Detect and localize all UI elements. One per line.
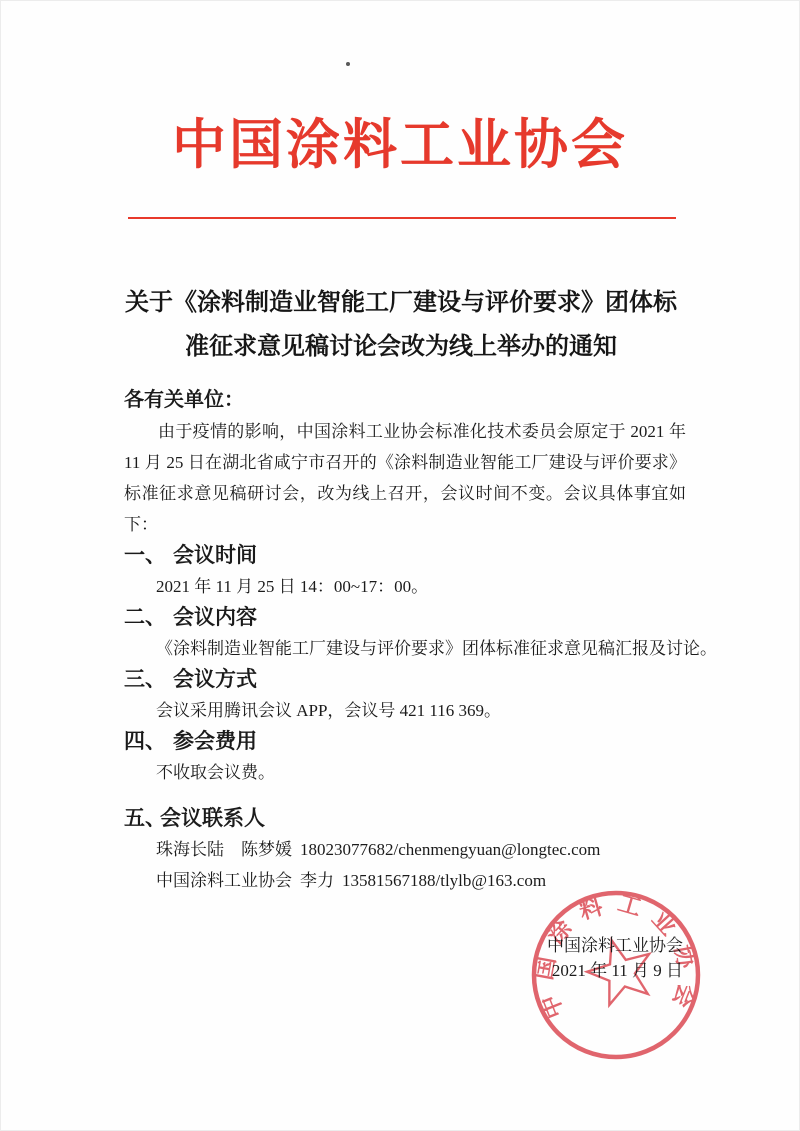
signature-date: 2021 年 11 月 9 日 <box>547 958 683 983</box>
title-line: 准征求意见稿讨论会改为线上举办的通知 <box>101 325 701 369</box>
contact-row: 珠海长陆陈梦媛18023077682/chenmengyuan@longtec.… <box>124 834 686 865</box>
document-page: 中国涂料工业协会 关于《涂料制造业智能工厂建设与评价要求》团体标 准征求意见稿讨… <box>0 0 800 1131</box>
contact-org: 中国涂料工业协会 <box>156 871 292 890</box>
salutation: 各有关单位： <box>124 385 686 416</box>
section-meeting-agenda: 二、会议内容 《涂料制造业智能工厂建设与评价要求》团体标准征求意见稿汇报及讨论。 <box>124 602 686 664</box>
section-content: 《涂料制造业智能工厂建设与评价要求》团体标准征求意见稿汇报及讨论。 <box>124 633 686 664</box>
letterhead-org-name: 中国涂料工业协会 <box>1 101 799 189</box>
contact-name: 陈梦媛 <box>241 840 292 859</box>
section-heading: 会议方式 <box>173 667 257 691</box>
section-content: 2021 年 11 月 25 日 14：00~17：00。 <box>124 571 686 602</box>
section-meeting-fee: 四、参会费用 不收取会议费。 <box>124 726 686 788</box>
signature-block: 中国涂料工业协会 2021 年 11 月 9 日 <box>547 933 683 983</box>
section-number: 二、 <box>124 602 173 633</box>
document-title: 关于《涂料制造业智能工厂建设与评价要求》团体标 准征求意见稿讨论会改为线上举办的… <box>101 281 701 369</box>
section-heading: 会议内容 <box>173 605 257 629</box>
section-heading: 会议时间 <box>173 543 257 567</box>
contact-org: 珠海长陆 <box>156 840 224 859</box>
section-meeting-method: 三、会议方式 会议采用腾讯会议 APP，会议号 421 116 369。 <box>124 664 686 726</box>
section-meeting-time: 一、会议时间 2021 年 11 月 25 日 14：00~17：00。 <box>124 540 686 602</box>
letterhead-divider <box>128 217 676 219</box>
contact-name: 李力 <box>300 871 334 890</box>
document-body: 各有关单位： 由于疫情的影响，中国涂料工业协会标准化技术委员会原定于 2021 … <box>124 385 686 896</box>
section-content: 不收取会议费。 <box>124 757 686 788</box>
scan-artifact-dot <box>346 62 350 66</box>
section-number: 一、 <box>124 540 173 571</box>
section-heading: 参会费用 <box>173 729 257 753</box>
section-heading: 会议联系人 <box>160 806 265 830</box>
intro-paragraph: 由于疫情的影响，中国涂料工业协会标准化技术委员会原定于 2021 年 11 月 … <box>124 416 686 540</box>
section-meeting-contacts: 五、会议联系人 <box>124 803 686 834</box>
signature-org: 中国涂料工业协会 <box>547 933 683 958</box>
title-line: 关于《涂料制造业智能工厂建设与评价要求》团体标 <box>101 281 701 325</box>
section-number: 四、 <box>124 726 173 757</box>
contact-phone-email: 18023077682/chenmengyuan@longtec.com <box>300 840 600 859</box>
contact-phone-email: 13581567188/tlylb@163.com <box>342 871 546 890</box>
section-number: 三、 <box>124 664 173 695</box>
section-content: 会议采用腾讯会议 APP，会议号 421 116 369。 <box>124 695 686 726</box>
